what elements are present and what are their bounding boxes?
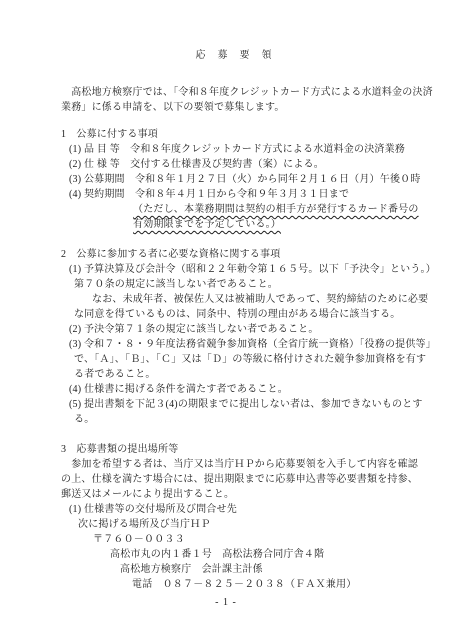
section2-item-cont: る。 bbox=[74, 412, 407, 427]
section1-item: (1) 品 目 等 令和８年度クレジットカード方式による水道料金の決済業務 bbox=[69, 142, 407, 157]
contract-period-note: （ただし、本業務期間は契約の相手方が発行するカード番号の bbox=[133, 202, 407, 217]
section2-item: (2) 予決令第７１条の規定に該当しない者であること。 bbox=[69, 322, 407, 337]
section2-item-cont: で、「Ａ」、「Ｂ」、「Ｃ」又は「Ｄ」の等級に格付けされた競争参加資格を有す bbox=[74, 352, 407, 367]
page-title: 応 募 要 領 bbox=[61, 48, 407, 63]
section3-paragraph: の上、仕様を満たす場合には、提出期限までに応募申込書等必要書類を持参、 bbox=[61, 472, 407, 487]
section1-item: (2) 仕 様 等 交付する仕様書及び契約書（案）による。 bbox=[69, 157, 407, 172]
address-line: 高松市丸の内１番１号 高松法務合同庁舎４階 bbox=[110, 547, 407, 562]
section2-heading: 2 公募に参加する者に必要な資格に関する事項 bbox=[61, 247, 407, 262]
document-page: 応 募 要 領 高松地方検察庁では、「令和８年度クレジットカード方式による水道料… bbox=[0, 0, 452, 640]
section2-item: (3) 令和７・８・９年度法務省競争参加資格（全省庁統一資格）「役務の提供等」 bbox=[69, 337, 407, 352]
section1-heading: 1 公募に付する事項 bbox=[61, 127, 407, 142]
section2-item-cont: 第７０条の規定に該当しない者であること。 bbox=[74, 277, 407, 292]
section3-heading: 3 応募書類の提出場所等 bbox=[61, 442, 407, 457]
page-number: - 1 - bbox=[0, 595, 452, 610]
section2-item-cont: な同意を得ているものは、同条中、特別の理由がある場合に該当する。 bbox=[74, 307, 407, 322]
section3-paragraph: 郵送又はメールにより提出すること。 bbox=[61, 487, 407, 502]
contract-period-note: 有効期限までを予定している。） bbox=[133, 217, 407, 232]
section2-item: (5) 提出書類を下記３(4)の期限までに提出しない者は、参加できないものとす bbox=[69, 397, 407, 412]
section3-item: (1) 仕様書等の交付場所及び問合せ先 bbox=[69, 502, 407, 517]
section1-item: (4) 契約期間 令和８年４月１日から令和９年３月３１日まで bbox=[69, 187, 407, 202]
phone-number: 電話 ０８７－８２５－２０３８（ＦＡＸ兼用） bbox=[132, 577, 407, 592]
section2-item-cont: る者であること。 bbox=[74, 367, 407, 382]
intro-line: 高松地方検察庁では、「令和８年度クレジットカード方式による水道料金の決済 bbox=[61, 85, 407, 100]
section2-item-note: なお、未成年者、被保佐人又は被補助人であって、契約締結のために必要 bbox=[92, 292, 407, 307]
section1-item: (3) 公募期間 令和８年１月２７日（火）から同年２月１６日（月）午後０時 bbox=[69, 172, 407, 187]
intro-line: 業務」に係る申請を、以下の要領で募集します。 bbox=[61, 100, 407, 115]
section2-item: (4) 仕様書に掲げる条件を満たす者であること。 bbox=[69, 382, 407, 397]
contact-location: 次に掲げる場所及び当庁ＨＰ bbox=[78, 517, 407, 532]
postal-code: 〒７６０－００３３ bbox=[93, 532, 407, 547]
section2-item: (1) 予算決算及び会計令（昭和２２年勅令第１６５号。以下「予決令」という。） bbox=[69, 262, 407, 277]
section3-paragraph: 参加を希望する者は、当庁又は当庁ＨＰから応募要領を入手して内容を確認 bbox=[61, 457, 407, 472]
office-name: 高松地方検察庁 会計課主計係 bbox=[120, 562, 407, 577]
